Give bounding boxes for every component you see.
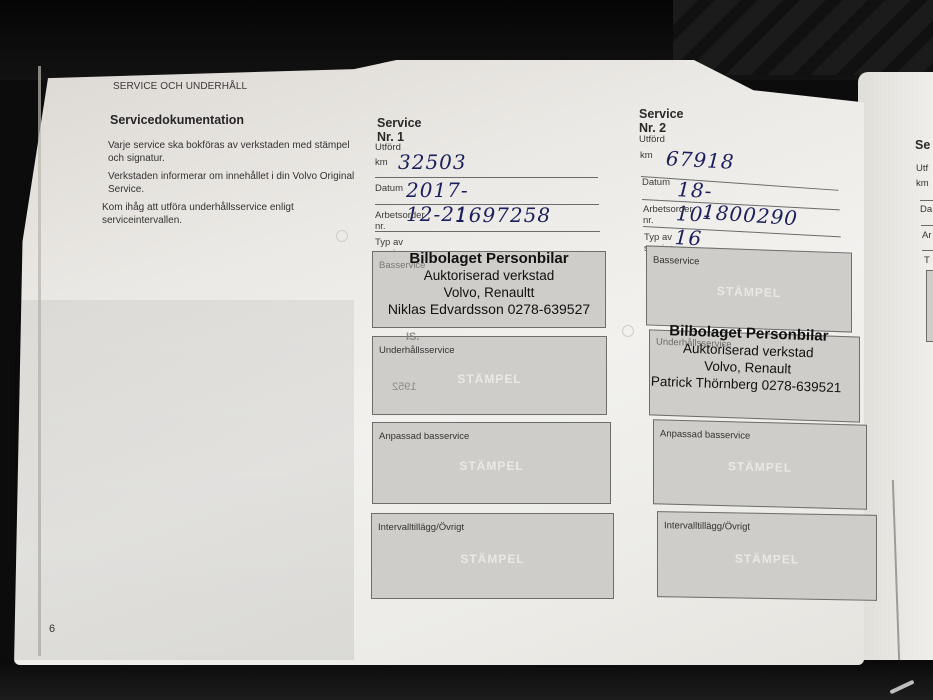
- stamp-placeholder: STÄMPEL: [647, 282, 851, 303]
- next-page-title: Se: [915, 138, 930, 152]
- next-page-label-km: km: [916, 178, 929, 189]
- next-page-label-utford: Utf: [916, 163, 928, 174]
- stamp-line-3: Niklas Edvardsson 0278-639527: [372, 301, 606, 318]
- next-page-box: [926, 270, 933, 342]
- stamp-placeholder: STÄMPEL: [372, 552, 613, 566]
- background-seat-texture: [673, 0, 933, 75]
- basservice-box[interactable]: Basservice STÄMPEL: [646, 245, 852, 332]
- arbetsorder-label: Arbetsorder nr.: [375, 210, 425, 232]
- next-page-label-arbetsorder: Ar: [922, 230, 932, 241]
- arbetsorder-value[interactable]: 1697258: [455, 203, 551, 227]
- stamp-placeholder: STÄMPEL: [658, 550, 876, 568]
- background-bottom: [0, 660, 933, 700]
- km-value[interactable]: 32503: [398, 150, 467, 174]
- next-page-label-datum: Da: [920, 204, 932, 215]
- arbetsorder-label: Arbetsorder nr.: [643, 204, 693, 226]
- stamp-company: Bilbolaget Personbilar: [372, 250, 606, 267]
- anpassad-basservice-box[interactable]: Anpassad basservice STÄMPEL: [372, 422, 611, 504]
- intervalltillagg-box[interactable]: Intervalltillägg/Övrigt STÄMPEL: [371, 513, 614, 599]
- section-header: SERVICE OCH UNDERHÅLL: [113, 81, 247, 92]
- utford-label: Utförd: [375, 142, 401, 153]
- arbetsorder-line: [375, 231, 600, 232]
- ghost-mark: IS.: [406, 331, 419, 343]
- next-page-label-typ: T: [924, 255, 930, 266]
- page-number: 6: [49, 623, 55, 635]
- km-label: km: [640, 150, 653, 161]
- service-1-title: Service Nr. 1: [377, 116, 421, 144]
- utford-label: Utförd: [639, 134, 665, 145]
- page-title: Servicedokumentation: [110, 113, 244, 127]
- next-page-line: [922, 250, 933, 251]
- box-label: Basservice: [653, 255, 699, 268]
- workshop-stamp: Bilbolaget Personbilar Auktoriserad verk…: [651, 322, 845, 397]
- workshop-stamp: Bilbolaget Personbilar Auktoriserad verk…: [372, 250, 606, 318]
- intro-paragraph-2: Verkstaden informerar om innehållet i di…: [108, 171, 358, 196]
- stamp-placeholder: STÄMPEL: [373, 459, 610, 473]
- punch-hole: [336, 230, 348, 242]
- box-label: Intervalltillägg/Övrigt: [378, 522, 464, 533]
- intro-paragraph-1: Varje service ska bokföras av verkstaden…: [108, 140, 358, 165]
- intro-paragraph-3: Kom ihåg att utföra underhållsservice en…: [102, 202, 352, 227]
- page-shadow: [14, 300, 354, 660]
- stamp-line-1: Auktoriserad verkstad: [372, 267, 606, 284]
- anpassad-basservice-box[interactable]: Anpassad basservice STÄMPEL: [653, 419, 867, 510]
- datum-label: Datum: [642, 177, 670, 188]
- datum-label: Datum: [375, 183, 403, 194]
- box-label: Underhållsservice: [379, 345, 455, 356]
- page-edge: [38, 66, 41, 656]
- punch-hole: [622, 325, 634, 337]
- intervalltillagg-box[interactable]: Intervalltillägg/Övrigt STÄMPEL: [657, 511, 877, 601]
- next-page-line: [921, 225, 933, 226]
- stamp-placeholder: STÄMPEL: [654, 458, 866, 478]
- next-page-line: [920, 200, 933, 201]
- box-label: Anpassad basservice: [660, 428, 750, 441]
- service-2-title: Service Nr. 2: [639, 107, 683, 135]
- underhallsservice-box[interactable]: Underhållsservice STÄMPEL: [372, 336, 607, 415]
- stamp-line-2: Volvo, Renaultt: [372, 284, 606, 301]
- box-label: Intervalltillägg/Övrigt: [664, 520, 750, 533]
- box-label: Anpassad basservice: [379, 431, 469, 442]
- ghost-mark: 1952: [392, 381, 416, 393]
- km-value[interactable]: 67918: [665, 146, 735, 174]
- km-label: km: [375, 157, 388, 168]
